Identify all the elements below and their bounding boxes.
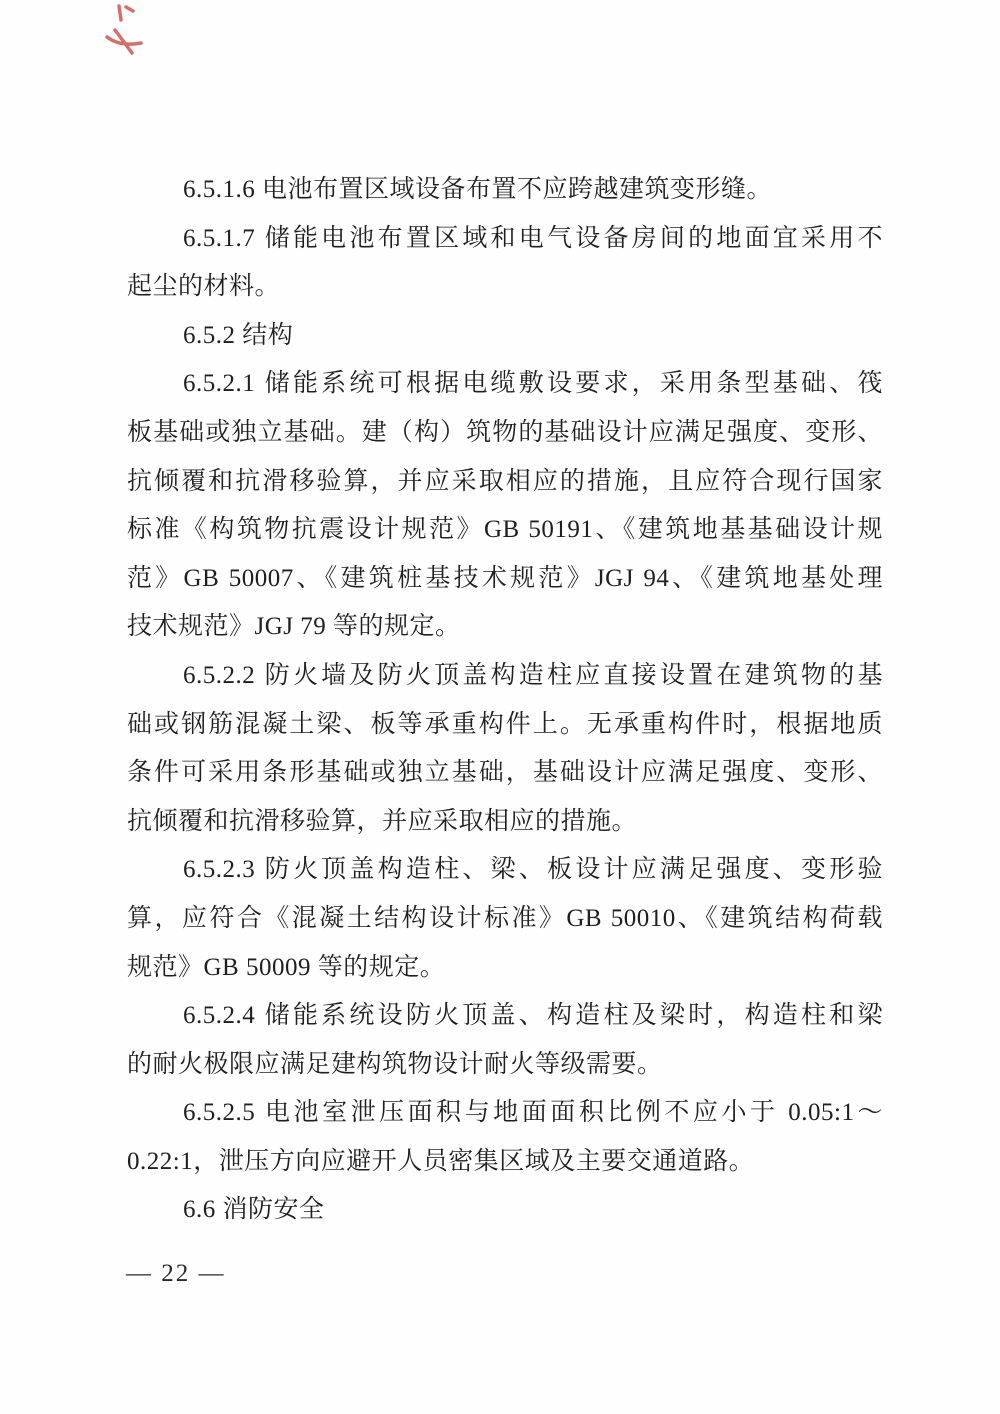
document-content: 6.5.1.6 电池布置区域设备布置不应跨越建筑变形缝。 6.5.1.7 储能电… [127, 166, 883, 1235]
text-line-18: 6.5.2.4 储能系统设防火顶盖、构造柱及梁时，构造柱和梁 [127, 992, 883, 1041]
text-line-15: 6.5.2.3 防火顶盖构造柱、梁、板设计应满足强度、变形验 [127, 846, 883, 895]
text-line-07: 抗倾覆和抗滑移验算，并应采取相应的措施，且应符合现行国家 [127, 458, 883, 507]
text-line-08: 标准《构筑物抗震设计规范》GB 50191、《建筑地基基础设计规 [127, 506, 883, 555]
text-line-17: 规范》GB 50009 等的规定。 [127, 944, 883, 993]
text-line-06: 板基础或独立基础。建（构）筑物的基础设计应满足强度、变形、 [127, 409, 883, 458]
text-line-05: 6.5.2.1 储能系统可根据电缆敷设要求，采用条型基础、筏 [127, 360, 883, 409]
text-line-13: 条件可采用条形基础或独立基础，基础设计应满足强度、变形、 [127, 749, 883, 798]
red-ink-artifact-icon [100, 2, 160, 62]
text-line-20: 6.5.2.5 电池室泄压面积与地面面积比例不应小于 0.05:1～ [127, 1089, 883, 1138]
text-line-01: 6.5.1.6 电池布置区域设备布置不应跨越建筑变形缝。 [127, 166, 883, 215]
text-line-04: 6.5.2 结构 [127, 312, 883, 361]
text-line-02: 6.5.1.7 储能电池布置区域和电气设备房间的地面宜采用不 [127, 215, 883, 264]
text-line-12: 础或钢筋混凝土梁、板等承重构件上。无承重构件时，根据地质 [127, 701, 883, 750]
text-line-09: 范》GB 50007、《建筑桩基技术规范》JGJ 94、《建筑地基处理 [127, 555, 883, 604]
text-line-03: 起尘的材料。 [127, 263, 883, 312]
document-page: 6.5.1.6 电池布置区域设备布置不应跨越建筑变形缝。 6.5.1.7 储能电… [0, 0, 1000, 1414]
text-line-14: 抗倾覆和抗滑移验算，并应采取相应的措施。 [127, 798, 883, 847]
text-line-22: 6.6 消防安全 [127, 1186, 883, 1235]
text-line-11: 6.5.2.2 防火墙及防火顶盖构造柱应直接设置在建筑物的基 [127, 652, 883, 701]
text-line-19: 的耐火极限应满足建构筑物设计耐火等级需要。 [127, 1041, 883, 1090]
text-line-21: 0.22:1，泄压方向应避开人员密集区域及主要交通道路。 [127, 1138, 883, 1187]
page-number: — 22 — [126, 1260, 226, 1288]
text-line-10: 技术规范》JGJ 79 等的规定。 [127, 603, 883, 652]
text-line-16: 算，应符合《混凝土结构设计标准》GB 50010、《建筑结构荷载 [127, 895, 883, 944]
